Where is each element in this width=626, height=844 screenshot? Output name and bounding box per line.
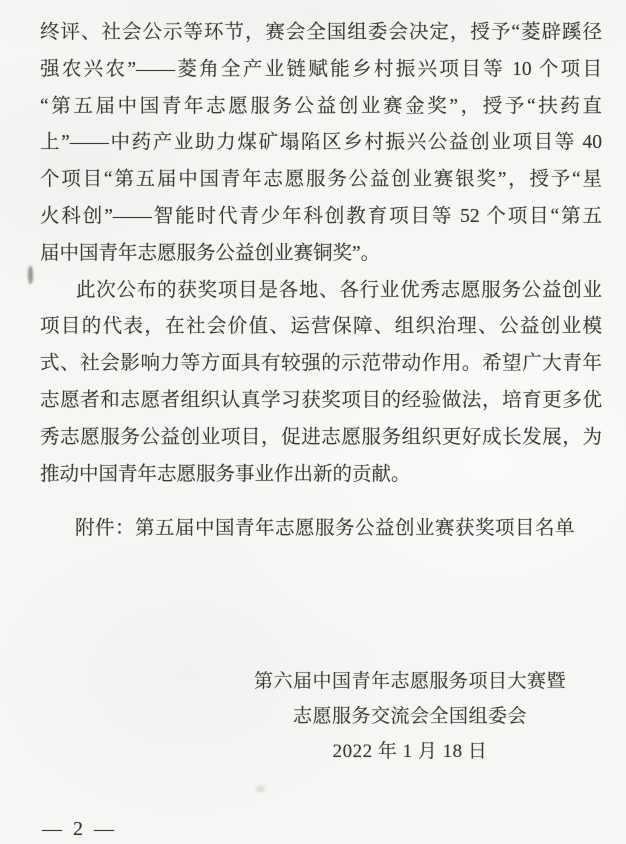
body-text-line: 强农兴农”——菱角全产业链赋能乡村振兴项目等 10 个项目 xyxy=(40,52,602,89)
body-text-line: “第五届中国青年志愿服务公益创业赛金奖”，授予“扶药直 xyxy=(40,89,602,126)
document-body: 终评、社会公示等环节，赛会全国组委会决定，授予“菱辟蹊径强农兴农”——菱角全产业… xyxy=(40,15,602,493)
signature-block: 第六届中国青年志愿服务项目大赛暨 志愿服务交流会全国组委会 2022 年 1 月… xyxy=(194,664,626,769)
body-text-line: 此次公布的获奖项目是各地、各行业优秀志愿服务公益创业 xyxy=(40,273,602,310)
body-text-line: 式、社会影响力等方面具有较强的示范带动作用。希望广大青年 xyxy=(40,346,602,383)
signature-org-line1: 第六届中国青年志愿服务项目大赛暨 xyxy=(194,664,626,699)
page-number: — 2 — xyxy=(42,817,117,841)
body-text-line: 个项目“第五届中国青年志愿服务公益创业赛银奖”，授予“星 xyxy=(40,162,602,199)
scanned-document-page: 终评、社会公示等环节，赛会全国组委会决定，授予“菱辟蹊径强农兴农”——菱角全产业… xyxy=(0,0,626,844)
body-text-line: 项目的代表，在社会价值、运营保障、组织治理、公益创业模 xyxy=(40,309,602,346)
scan-artifact-smudge xyxy=(28,266,33,284)
scan-artifact-speck xyxy=(256,786,265,792)
body-text-line: 推动中国青年志愿服务事业作出新的贡献。 xyxy=(40,457,602,494)
body-text-line: 志愿者和志愿者组织认真学习获奖项目的经验做法，培育更多优 xyxy=(40,383,602,420)
body-text-line: 终评、社会公示等环节，赛会全国组委会决定，授予“菱辟蹊径 xyxy=(40,15,602,52)
body-text-line: 秀志愿服务公益创业项目，促进志愿服务组织更好成长发展，为 xyxy=(40,420,602,457)
body-text-line: 火科创”——智能时代青少年科创教育项目等 52 个项目“第五 xyxy=(40,199,602,236)
body-text-line: 上”——中药产业助力煤矿塌陷区乡村振兴公益创业项目等 40 xyxy=(40,125,602,162)
body-paragraph: 终评、社会公示等环节，赛会全国组委会决定，授予“菱辟蹊径强农兴农”——菱角全产业… xyxy=(40,15,602,273)
signature-org-line2: 志愿服务交流会全国组委会 xyxy=(194,699,626,734)
body-paragraph: 此次公布的获奖项目是各地、各行业优秀志愿服务公益创业项目的代表，在社会价值、运营… xyxy=(40,273,602,494)
attachment-line: 附件：第五届中国青年志愿服务公益创业赛获奖项目名单 xyxy=(40,510,602,547)
body-text-line: 届中国青年志愿服务公益创业赛铜奖”。 xyxy=(40,236,602,273)
signature-date: 2022 年 1 月 18 日 xyxy=(194,734,626,769)
